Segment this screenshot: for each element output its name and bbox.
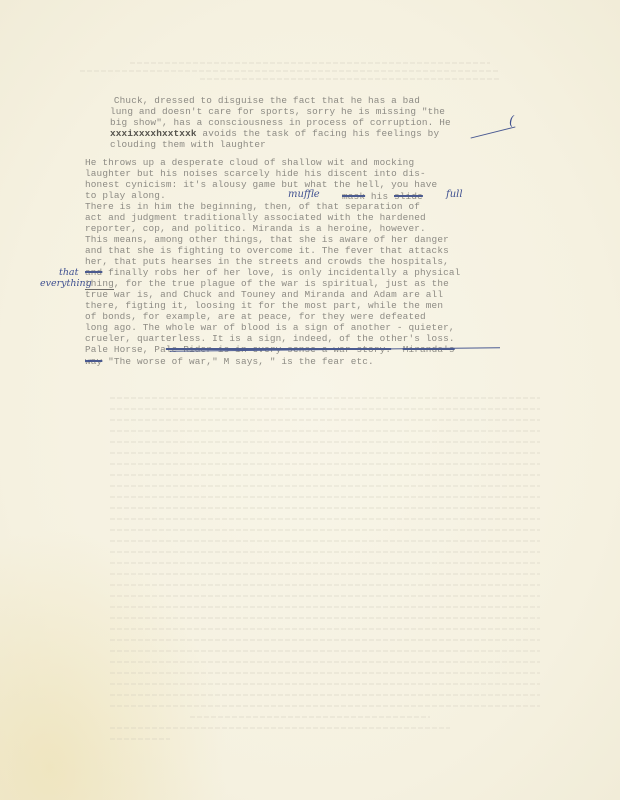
- p2-line-11: and finally robs her of her love, is onl…: [85, 267, 460, 278]
- p2-line-19: way "The worse of war," M says, " is the…: [85, 356, 374, 367]
- p2-line-3: honest cynicism: it's alousy game but wh…: [85, 179, 437, 190]
- p1-line-5: clouding them with laughter: [110, 139, 266, 150]
- margin-note-that: that: [59, 268, 78, 278]
- p2-line-2: laughter but his noises scarcely hide hi…: [85, 168, 426, 179]
- p2-line-8: This means, among other things, that she…: [85, 234, 449, 245]
- p2-line-4: to play along.: [85, 190, 166, 201]
- p1-line-4: xxxixxxxhxxtxxk avoids the task of facin…: [110, 128, 439, 139]
- p2-line-1: He throws up a desperate cloud of shallo…: [85, 157, 414, 168]
- struck-typing: xxxixxxxhxxtxxk: [110, 128, 197, 139]
- p2-line-16: long ago. The whole war of blood is a si…: [85, 322, 455, 333]
- p2-line-5: There is in him the beginning, then, of …: [85, 201, 420, 212]
- ink-arrow-mark: ⌄: [85, 354, 93, 365]
- p2-line-12: thing, for the true plague of the war is…: [85, 278, 449, 289]
- p2-line-17: crueler, quarterless. It is a sign, inde…: [85, 333, 455, 344]
- p2-line-15: of bonds, for example, are at peace, for…: [85, 311, 426, 322]
- p2-line-6: act and judgment traditionally associate…: [85, 212, 426, 223]
- handwritten-full: full: [446, 189, 463, 200]
- p2-line-9: and that she is fighting to overcome it.…: [85, 245, 449, 256]
- margin-note-everything: everything: [40, 279, 92, 289]
- struck-word-and: and: [85, 267, 102, 278]
- p2-line-7: reporter, cop, and politico. Miranda is …: [85, 223, 426, 234]
- p1-line-4-text: avoids the task of facing his feelings b…: [197, 128, 440, 139]
- p2-line-10: her, that puts hearses in the streets an…: [85, 256, 449, 267]
- p2-line-14: there, figting it, loosing it for the mo…: [85, 300, 443, 311]
- p2-line-13: true war is, and Chuck and Touney and Mi…: [85, 289, 443, 300]
- manuscript-page: Chuck, dressed to disguise the fact that…: [0, 0, 620, 800]
- p1-line-3: big show", has a consciousness in proces…: [110, 117, 451, 128]
- p1-line-1: Chuck, dressed to disguise the fact that…: [85, 95, 420, 106]
- p1-line-2: lung and doesn't care for sports, sorry …: [110, 106, 445, 117]
- handwritten-muffle: muffle: [288, 189, 320, 200]
- struck-word-mirandas: Miranda's: [403, 344, 455, 355]
